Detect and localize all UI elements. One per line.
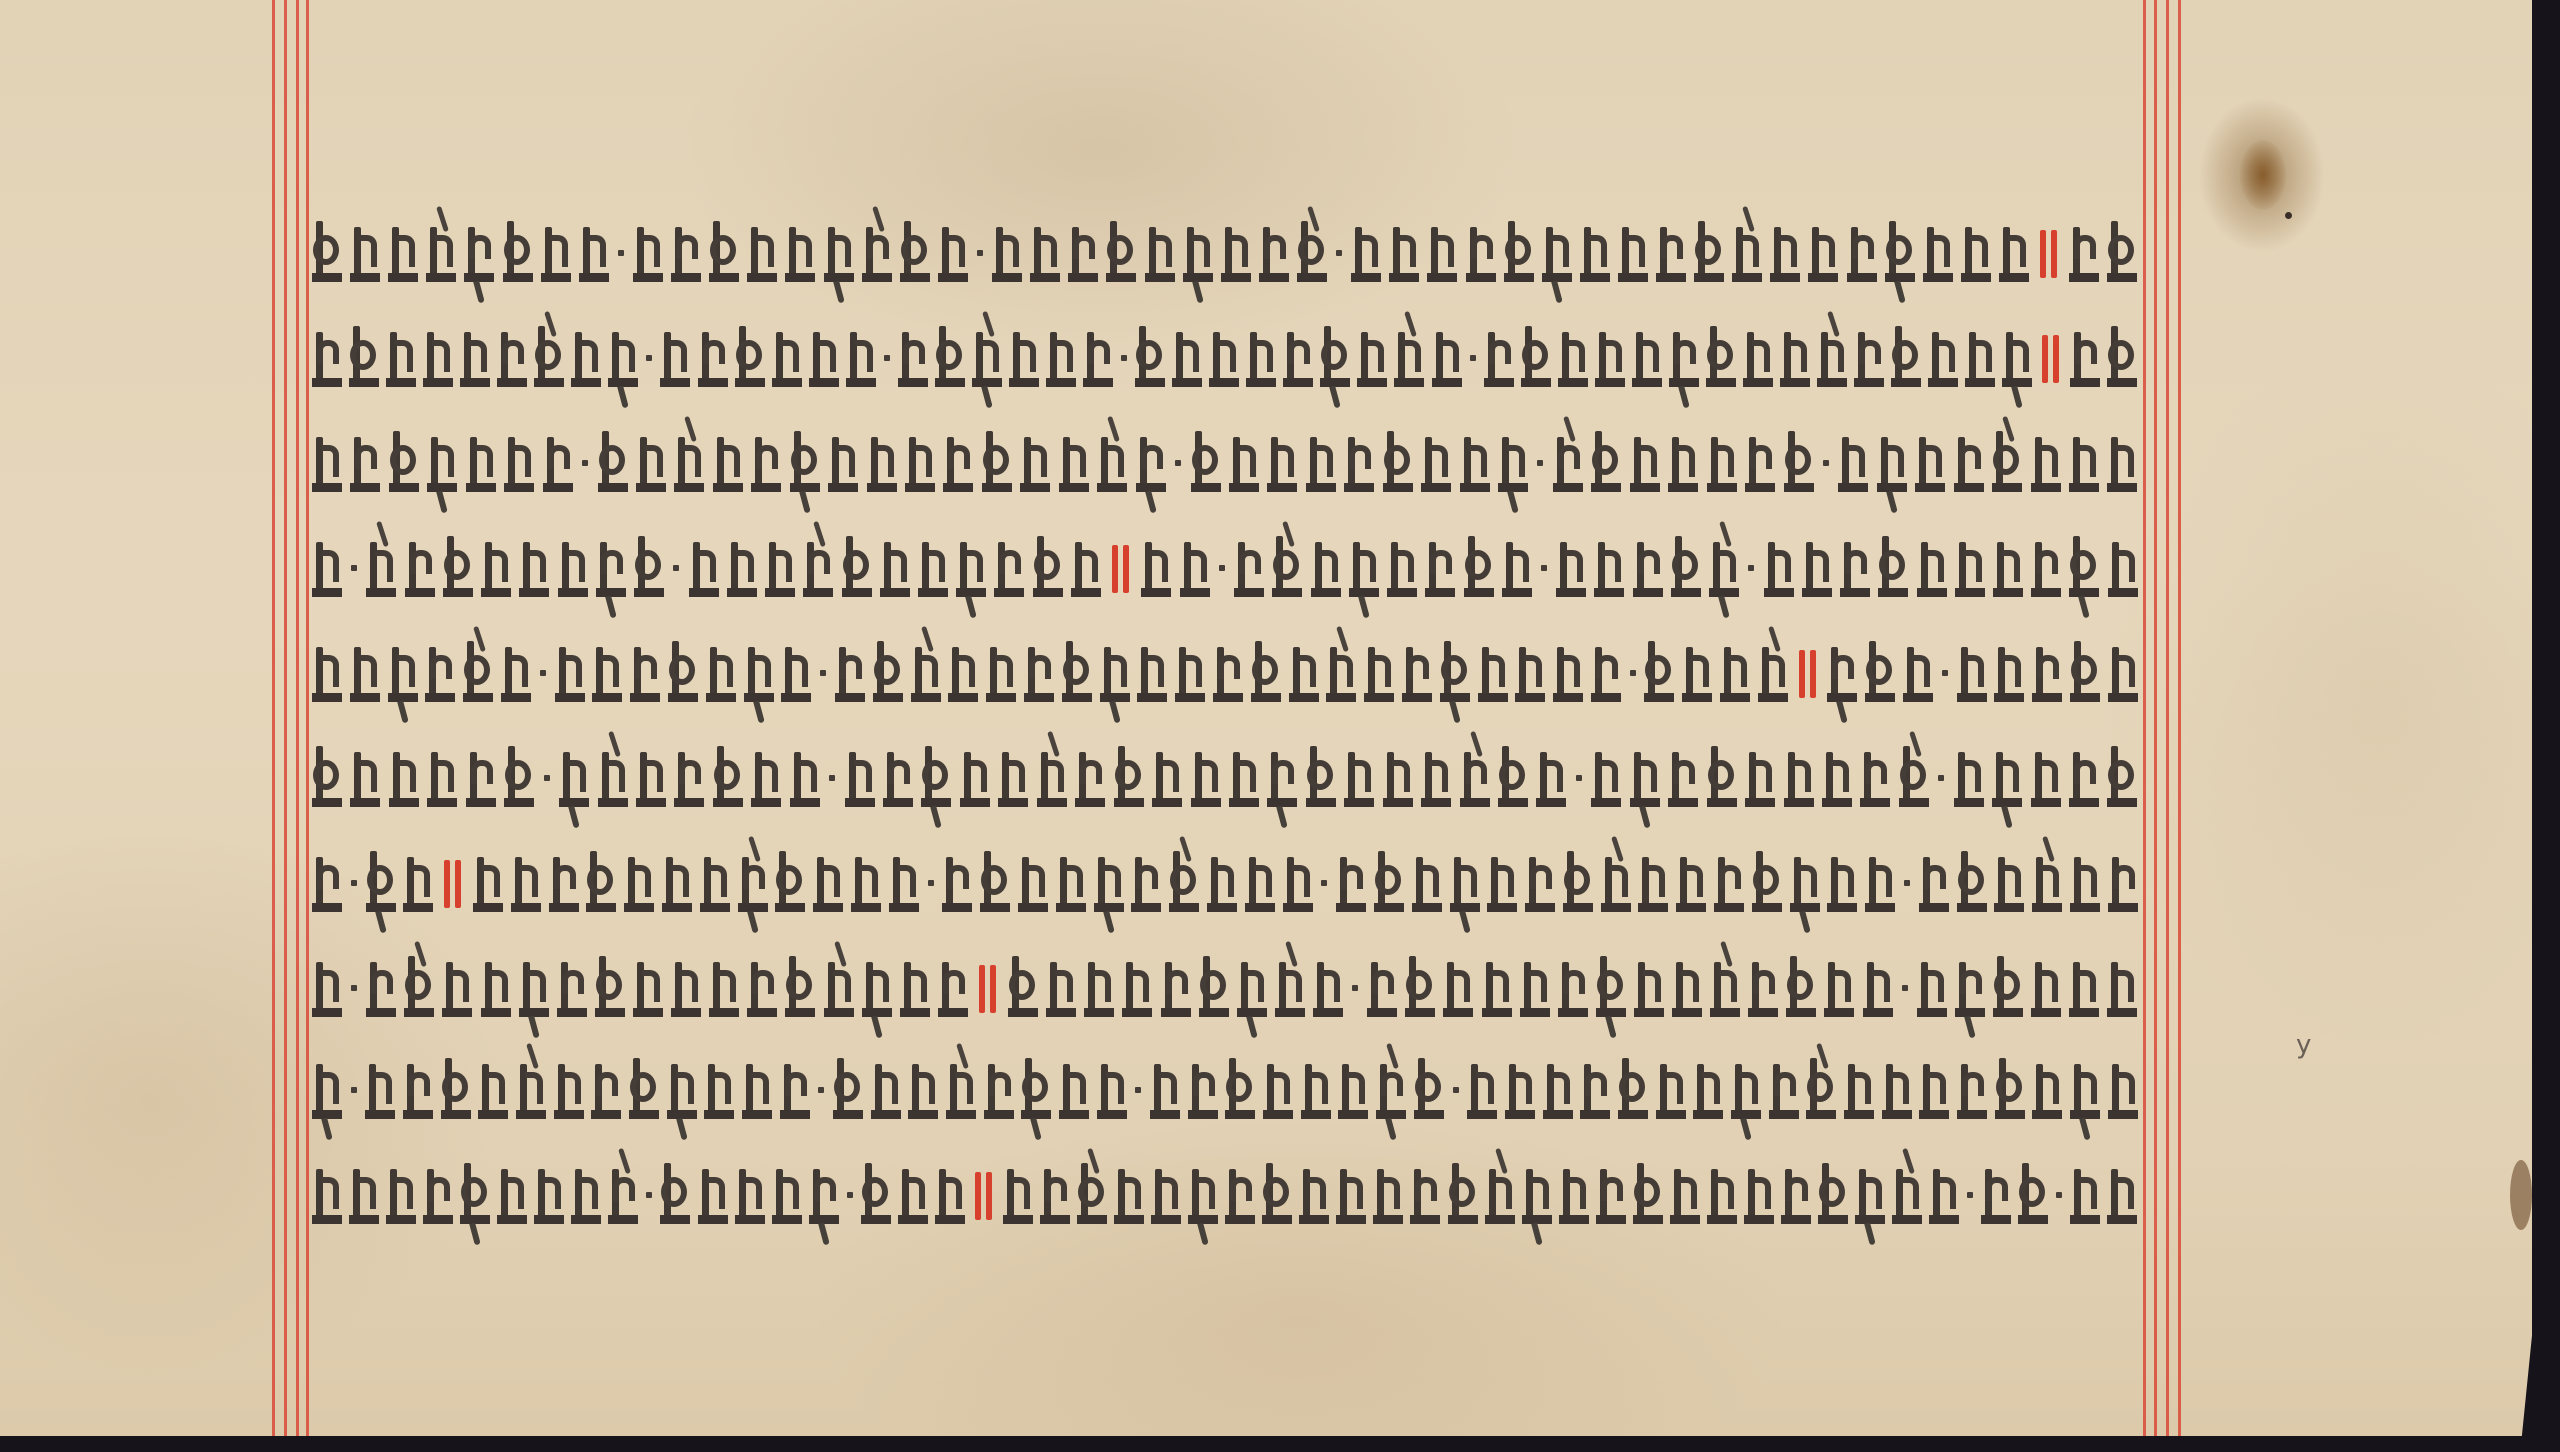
script-glyph xyxy=(704,1065,734,1119)
script-glyph xyxy=(463,648,493,702)
script-glyph xyxy=(1558,963,1588,1017)
script-glyph xyxy=(427,753,457,807)
script-glyph xyxy=(608,1170,638,1224)
script-glyph xyxy=(1954,438,1984,492)
script-glyph xyxy=(386,333,416,387)
word-separator-dot xyxy=(846,1170,854,1224)
script-glyph xyxy=(1289,648,1319,702)
word-separator-dot xyxy=(672,543,680,597)
script-glyph xyxy=(873,648,903,702)
script-glyph xyxy=(1338,1065,1368,1119)
script-glyph xyxy=(2070,333,2100,387)
script-glyph xyxy=(1410,1170,1440,1224)
script-glyph xyxy=(1487,858,1517,912)
script-glyph xyxy=(557,963,587,1017)
script-glyph xyxy=(389,438,419,492)
script-glyph xyxy=(1758,648,1788,702)
word-separator-dot xyxy=(1174,438,1182,492)
word-separator-dot xyxy=(1351,963,1359,1017)
script-glyph xyxy=(559,753,589,807)
script-glyph xyxy=(586,858,616,912)
script-glyph xyxy=(1336,858,1366,912)
script-glyph xyxy=(596,543,626,597)
script-glyph xyxy=(956,543,986,597)
script-glyph xyxy=(674,753,704,807)
script-glyph xyxy=(1993,543,2023,597)
script-glyph xyxy=(1301,1065,1331,1119)
script-glyph xyxy=(443,543,473,597)
script-glyph xyxy=(1957,858,1987,912)
script-glyph xyxy=(1326,648,1356,702)
script-glyph xyxy=(946,1065,976,1119)
script-glyph xyxy=(1784,753,1814,807)
script-glyph xyxy=(1484,333,1514,387)
word-separator-dot xyxy=(817,1065,825,1119)
script-glyph xyxy=(1994,648,2024,702)
script-glyph xyxy=(992,228,1022,282)
script-glyph xyxy=(1748,963,1778,1017)
script-glyph xyxy=(2070,858,2100,912)
right-margin-rule xyxy=(2143,0,2146,1436)
script-glyph xyxy=(1827,858,1857,912)
red-double-danda-mark xyxy=(1796,648,1820,698)
script-glyph xyxy=(511,858,541,912)
script-glyph xyxy=(595,963,625,1017)
script-glyph xyxy=(709,963,739,1017)
script-glyph xyxy=(1467,1065,1497,1119)
script-glyph xyxy=(1992,753,2022,807)
word-separator-dot xyxy=(1966,1170,1974,1224)
script-glyph xyxy=(504,438,534,492)
script-glyph xyxy=(312,753,342,807)
manuscript-text-line xyxy=(312,428,2138,492)
script-glyph xyxy=(427,438,457,492)
script-glyph xyxy=(1478,648,1508,702)
script-glyph xyxy=(1267,438,1297,492)
script-glyph xyxy=(1656,1065,1686,1119)
script-glyph xyxy=(1059,1065,1089,1119)
script-glyph xyxy=(1374,858,1404,912)
script-glyph xyxy=(698,333,728,387)
script-glyph xyxy=(1114,753,1144,807)
script-glyph xyxy=(1919,1065,1949,1119)
script-glyph xyxy=(889,858,919,912)
script-glyph xyxy=(634,543,664,597)
script-glyph xyxy=(1030,228,1060,282)
script-glyph xyxy=(1421,753,1451,807)
script-glyph xyxy=(660,1170,690,1224)
script-glyph xyxy=(1542,228,1572,282)
script-glyph xyxy=(549,858,579,912)
script-glyph xyxy=(938,963,968,1017)
script-glyph xyxy=(1919,858,1949,912)
script-glyph xyxy=(350,753,380,807)
script-glyph xyxy=(1188,1170,1218,1224)
script-glyph xyxy=(2032,858,2062,912)
script-glyph xyxy=(1790,858,1820,912)
left-margin-rule xyxy=(306,0,309,1436)
script-glyph xyxy=(1580,1065,1610,1119)
script-glyph xyxy=(403,858,433,912)
script-glyph xyxy=(1558,333,1588,387)
script-glyph xyxy=(2070,648,2100,702)
script-glyph xyxy=(790,438,820,492)
script-glyph xyxy=(1563,858,1593,912)
script-glyph xyxy=(1077,1170,1107,1224)
script-glyph xyxy=(1432,333,1462,387)
script-glyph xyxy=(1033,543,1063,597)
script-glyph xyxy=(1644,648,1674,702)
script-glyph xyxy=(534,1170,564,1224)
script-glyph xyxy=(2031,543,2061,597)
script-glyph xyxy=(1515,648,1545,702)
script-glyph xyxy=(1191,438,1221,492)
word-separator-dot xyxy=(350,543,358,597)
word-separator-dot xyxy=(1335,228,1343,282)
script-glyph xyxy=(1135,333,1165,387)
script-glyph xyxy=(534,333,564,387)
script-glyph xyxy=(503,228,533,282)
script-glyph xyxy=(1008,963,1038,1017)
script-glyph xyxy=(349,333,379,387)
script-glyph xyxy=(660,333,690,387)
script-glyph xyxy=(1357,333,1387,387)
script-glyph xyxy=(403,1065,433,1119)
script-glyph xyxy=(2031,963,2061,1017)
script-glyph xyxy=(751,438,781,492)
script-glyph xyxy=(312,1170,342,1224)
script-glyph xyxy=(598,438,628,492)
script-glyph xyxy=(630,648,660,702)
script-glyph xyxy=(624,858,654,912)
script-glyph xyxy=(1229,438,1259,492)
script-glyph xyxy=(918,543,948,597)
word-separator-dot xyxy=(819,648,827,702)
script-glyph xyxy=(1917,963,1947,1017)
script-glyph xyxy=(1594,543,1624,597)
word-separator-dot xyxy=(1941,648,1949,702)
ink-dot xyxy=(2285,212,2292,219)
script-glyph xyxy=(1394,333,1424,387)
script-glyph xyxy=(898,1170,928,1224)
script-glyph xyxy=(1981,1170,2011,1224)
script-glyph xyxy=(1137,648,1167,702)
script-glyph xyxy=(2070,1170,2100,1224)
script-glyph xyxy=(1892,1170,1922,1224)
script-glyph xyxy=(1485,1170,1515,1224)
script-glyph xyxy=(1682,648,1712,702)
script-glyph xyxy=(1306,438,1336,492)
script-glyph xyxy=(1183,228,1213,282)
script-glyph xyxy=(809,333,839,387)
script-glyph xyxy=(772,1170,802,1224)
script-glyph xyxy=(1083,333,1113,387)
word-separator-dot xyxy=(1452,1065,1460,1119)
script-glyph xyxy=(1367,963,1397,1017)
manuscript-text-line xyxy=(312,1055,2138,1119)
script-glyph xyxy=(1283,858,1313,912)
script-glyph xyxy=(1364,648,1394,702)
script-glyph xyxy=(911,648,941,702)
script-glyph xyxy=(389,753,419,807)
word-separator-dot xyxy=(1218,543,1226,597)
script-glyph xyxy=(867,438,897,492)
script-glyph xyxy=(1207,858,1237,912)
script-glyph xyxy=(727,543,757,597)
script-glyph xyxy=(2069,753,2099,807)
script-glyph xyxy=(1152,753,1182,807)
script-glyph xyxy=(405,543,435,597)
script-glyph xyxy=(1498,438,1528,492)
script-glyph xyxy=(747,963,777,1017)
script-glyph xyxy=(935,333,965,387)
script-glyph xyxy=(1891,333,1921,387)
script-glyph xyxy=(1885,228,1915,282)
script-glyph xyxy=(842,543,872,597)
script-glyph xyxy=(1071,543,1101,597)
script-glyph xyxy=(1827,648,1857,702)
script-glyph xyxy=(1460,753,1490,807)
script-glyph xyxy=(938,228,968,282)
script-glyph xyxy=(809,1170,839,1224)
script-glyph xyxy=(1732,228,1762,282)
script-glyph xyxy=(1056,858,1086,912)
script-glyph xyxy=(633,228,663,282)
script-glyph xyxy=(579,228,609,282)
script-glyph xyxy=(1425,543,1455,597)
script-glyph xyxy=(1709,543,1739,597)
script-glyph xyxy=(984,1065,1014,1119)
script-glyph xyxy=(1097,1065,1127,1119)
script-glyph xyxy=(900,963,930,1017)
script-glyph xyxy=(1844,1065,1874,1119)
script-glyph xyxy=(608,333,638,387)
word-separator-dot xyxy=(645,333,653,387)
script-glyph xyxy=(921,753,951,807)
script-glyph xyxy=(1601,858,1631,912)
script-glyph xyxy=(1693,1065,1723,1119)
word-separator-dot xyxy=(1903,858,1911,912)
script-glyph xyxy=(738,858,768,912)
script-glyph xyxy=(1114,1170,1144,1224)
script-glyph xyxy=(1020,438,1050,492)
script-glyph xyxy=(497,1170,527,1224)
script-glyph xyxy=(1731,1065,1761,1119)
script-glyph xyxy=(1633,1170,1663,1224)
manuscript-text-line xyxy=(312,953,2138,1017)
script-glyph xyxy=(1383,753,1413,807)
word-separator-dot xyxy=(1120,333,1128,387)
script-glyph xyxy=(1632,333,1662,387)
script-glyph xyxy=(1955,963,1985,1017)
script-glyph xyxy=(366,858,396,912)
script-glyph xyxy=(555,648,585,702)
word-separator-dot xyxy=(1822,438,1830,492)
script-glyph xyxy=(1929,1170,1959,1224)
script-glyph xyxy=(1618,1065,1648,1119)
script-glyph xyxy=(478,1065,508,1119)
script-glyph xyxy=(1075,753,1105,807)
script-glyph xyxy=(1596,963,1626,1017)
script-glyph xyxy=(994,543,1024,597)
script-glyph xyxy=(1536,753,1566,807)
script-glyph xyxy=(775,858,805,912)
script-glyph xyxy=(689,543,719,597)
script-glyph xyxy=(671,228,701,282)
script-glyph xyxy=(709,228,739,282)
script-glyph xyxy=(1351,228,1381,282)
script-glyph xyxy=(1313,963,1343,1017)
script-glyph xyxy=(592,648,622,702)
script-glyph xyxy=(2107,1170,2137,1224)
script-glyph xyxy=(813,858,843,912)
script-glyph xyxy=(1460,438,1490,492)
script-glyph xyxy=(942,858,972,912)
script-glyph xyxy=(1556,543,1586,597)
script-glyph xyxy=(905,438,935,492)
script-glyph xyxy=(516,1065,546,1119)
script-glyph xyxy=(2108,648,2138,702)
script-glyph xyxy=(1915,438,1945,492)
script-glyph xyxy=(1676,858,1706,912)
script-glyph xyxy=(948,648,978,702)
script-glyph xyxy=(1141,543,1171,597)
script-glyph xyxy=(501,648,531,702)
script-glyph xyxy=(1993,963,2023,1017)
script-glyph xyxy=(1336,1170,1366,1224)
script-glyph xyxy=(2002,333,2032,387)
script-glyph xyxy=(828,438,858,492)
script-glyph xyxy=(1062,648,1092,702)
text-block xyxy=(312,0,2138,1436)
script-glyph xyxy=(2069,963,2099,1017)
manuscript-text-line xyxy=(312,743,2138,807)
script-glyph xyxy=(1954,753,1984,807)
script-glyph xyxy=(1068,228,1098,282)
script-glyph xyxy=(312,1065,342,1119)
manuscript-text-line xyxy=(312,533,2138,597)
script-glyph xyxy=(742,1065,772,1119)
script-glyph xyxy=(2031,438,2061,492)
script-glyph xyxy=(423,1170,453,1224)
manuscript-text-line xyxy=(312,638,2138,702)
script-glyph xyxy=(908,1065,938,1119)
word-separator-dot xyxy=(2055,1170,2063,1224)
script-glyph xyxy=(1161,963,1191,1017)
script-glyph xyxy=(1498,753,1528,807)
script-glyph xyxy=(1955,543,1985,597)
script-glyph xyxy=(1618,228,1648,282)
script-glyph xyxy=(1961,228,1991,282)
script-glyph xyxy=(706,648,736,702)
script-glyph xyxy=(1745,753,1775,807)
script-glyph xyxy=(504,753,534,807)
script-glyph xyxy=(744,648,774,702)
script-glyph xyxy=(1191,753,1221,807)
script-glyph xyxy=(1229,753,1259,807)
word-separator-dot xyxy=(350,1065,358,1119)
script-glyph xyxy=(1824,963,1854,1017)
script-glyph xyxy=(1784,438,1814,492)
script-glyph xyxy=(497,333,527,387)
script-glyph xyxy=(845,753,875,807)
script-glyph xyxy=(1882,1065,1912,1119)
script-glyph xyxy=(441,1065,471,1119)
script-glyph xyxy=(2108,543,2138,597)
script-glyph xyxy=(591,1065,621,1119)
script-glyph xyxy=(1806,1065,1836,1119)
script-glyph xyxy=(1251,648,1281,702)
script-glyph xyxy=(366,543,396,597)
script-glyph xyxy=(1003,1170,1033,1224)
script-glyph xyxy=(629,1065,659,1119)
script-glyph xyxy=(1764,543,1794,597)
script-glyph xyxy=(781,648,811,702)
script-glyph xyxy=(312,228,342,282)
word-separator-dot xyxy=(645,1170,653,1224)
script-glyph xyxy=(1707,1170,1737,1224)
script-glyph xyxy=(1595,333,1625,387)
script-glyph xyxy=(1780,333,1810,387)
red-double-danda-mark xyxy=(976,963,1000,1013)
word-separator-dot xyxy=(1134,1065,1142,1119)
script-glyph xyxy=(1059,438,1089,492)
red-double-danda-mark xyxy=(441,858,465,908)
script-glyph xyxy=(668,648,698,702)
script-glyph xyxy=(1505,1065,1535,1119)
script-glyph xyxy=(426,228,456,282)
pencil-mark: y xyxy=(2296,1030,2311,1060)
right-margin-rule xyxy=(2166,0,2169,1436)
script-glyph xyxy=(851,858,881,912)
left-margin-rule xyxy=(284,0,287,1436)
script-glyph xyxy=(1781,1170,1811,1224)
script-glyph xyxy=(1865,648,1895,702)
script-glyph xyxy=(404,963,434,1017)
manuscript-text-line xyxy=(312,1160,2138,1224)
word-separator-dot xyxy=(883,333,891,387)
script-glyph xyxy=(1349,543,1379,597)
script-glyph xyxy=(1037,753,1067,807)
script-glyph xyxy=(986,648,1016,702)
script-glyph xyxy=(1847,228,1877,282)
script-glyph xyxy=(833,1065,863,1119)
script-glyph xyxy=(423,333,453,387)
script-glyph xyxy=(1817,333,1847,387)
script-glyph xyxy=(1275,963,1305,1017)
script-glyph xyxy=(460,1170,490,1224)
script-glyph xyxy=(1769,1065,1799,1119)
script-glyph xyxy=(1543,1065,1573,1119)
script-glyph xyxy=(1344,753,1374,807)
script-glyph xyxy=(1668,753,1698,807)
manuscript-text-line xyxy=(312,848,2138,912)
script-glyph xyxy=(1245,858,1275,912)
script-glyph xyxy=(1221,228,1251,282)
script-glyph xyxy=(982,438,1012,492)
script-glyph xyxy=(541,228,571,282)
script-glyph xyxy=(1863,963,1893,1017)
stain-bottom-right xyxy=(2510,1160,2532,1230)
script-glyph xyxy=(1094,858,1124,912)
script-glyph xyxy=(862,228,892,282)
script-glyph xyxy=(1591,648,1621,702)
script-glyph xyxy=(1262,1170,1292,1224)
script-glyph xyxy=(1466,228,1496,282)
script-glyph xyxy=(554,1065,584,1119)
right-margin-rule xyxy=(2154,0,2157,1436)
script-glyph xyxy=(1225,1065,1255,1119)
